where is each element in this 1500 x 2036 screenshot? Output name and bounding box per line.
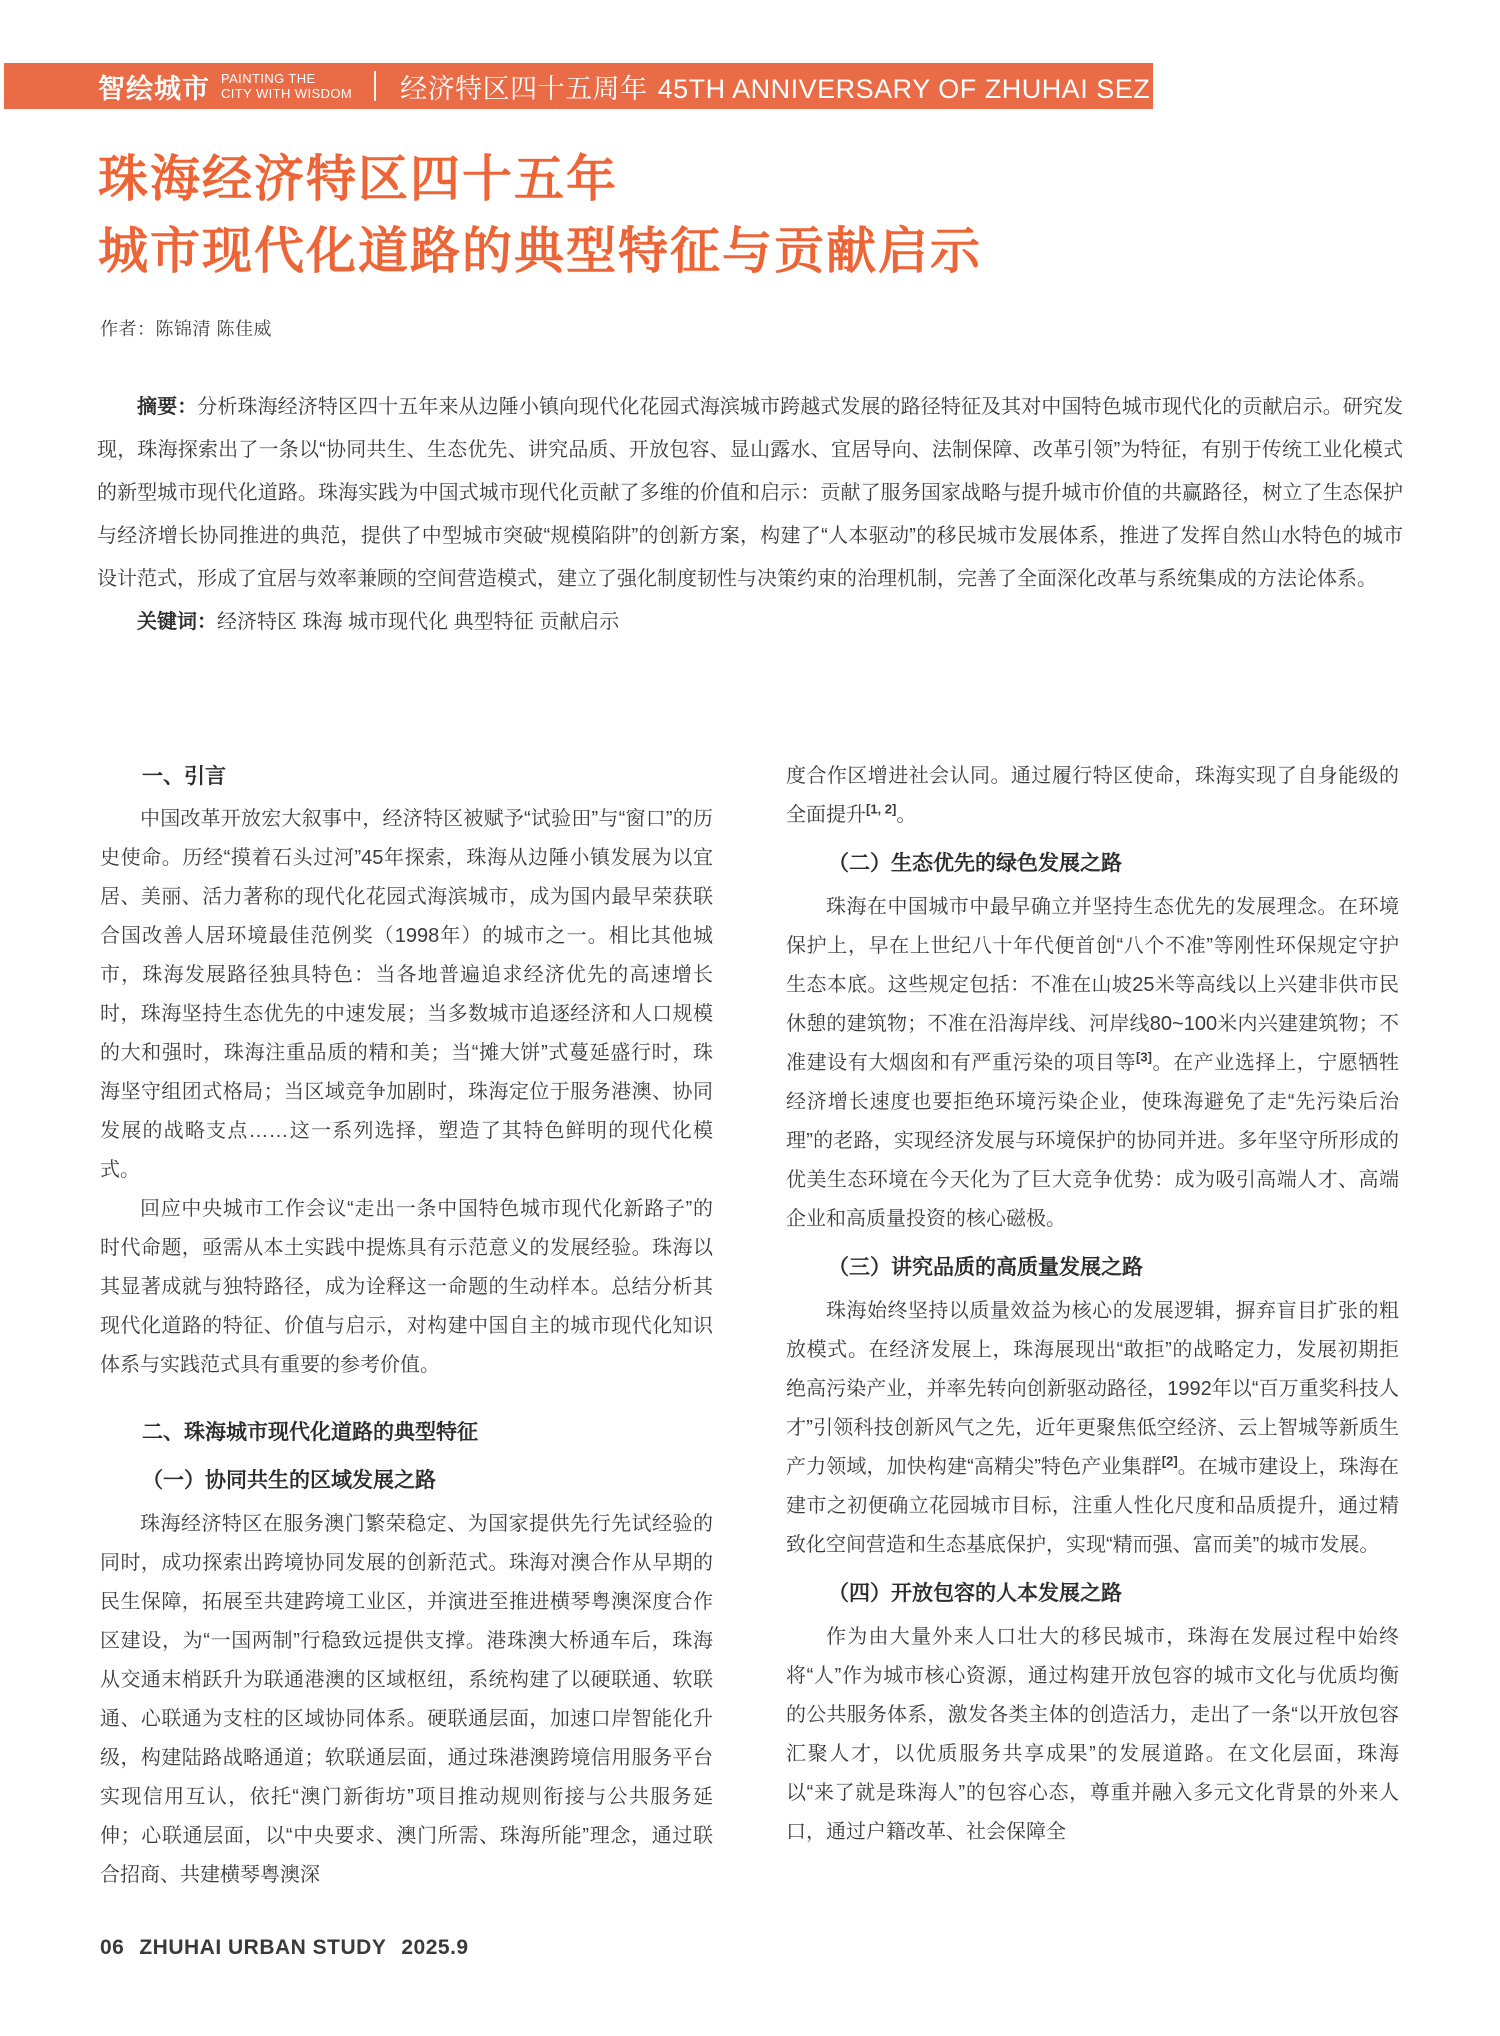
paragraph-sub1-continued: 度合作区增进社会认同。通过履行特区使命，珠海实现了自身能级的全面提升[1, 2]… — [786, 757, 1399, 835]
section-heading-intro: 一、引言 — [100, 757, 713, 796]
paragraph-intro-1: 中国改革开放宏大叙事中，经济特区被赋予“试验田”与“窗口”的历史使命。历经“摸着… — [100, 800, 713, 1190]
article-title-line2: 城市现代化道路的典型特征与贡献启示 — [98, 215, 982, 287]
author-line: 作者：陈锦清 陈佳威 — [100, 315, 272, 341]
anniversary-banner-en: 45TH ANNIVERSARY OF ZHUHAI SEZ — [658, 74, 1151, 104]
paragraph-intro-2: 回应中央城市工作会议“走出一条中国特色城市现代化新路子”的时代命题，亟需从本土实… — [100, 1190, 713, 1385]
anniversary-banner-cn: 经济特区四十五周年 — [400, 74, 648, 104]
right-column: 度合作区增进社会认同。通过履行特区使命，珠海实现了自身能级的全面提升[1, 2]… — [786, 757, 1399, 1895]
abstract-text: 分析珠海经济特区四十五年来从边陲小镇向现代化花园式海滨城市跨越式发展的路径特征及… — [97, 396, 1403, 590]
keywords-label: 关键词： — [137, 611, 217, 633]
brand-slogan-line1: PAINTING THE — [221, 71, 316, 86]
keywords-text: 经济特区 珠海 城市现代化 典型特征 贡献启示 — [217, 611, 619, 633]
body-columns: 一、引言 中国改革开放宏大叙事中，经济特区被赋予“试验田”与“窗口”的历史使命。… — [100, 757, 1400, 1895]
section-heading-features: 二、珠海城市现代化道路的典型特征 — [100, 1413, 713, 1452]
abstract-label: 摘要： — [137, 396, 197, 418]
header-bar: 智绘城市 PAINTING THE CITY WITH WISDOM 经济特区四… — [4, 63, 1153, 109]
footer-page-number: 06 — [100, 1936, 124, 1960]
journal-page: 智绘城市 PAINTING THE CITY WITH WISDOM 经济特区四… — [0, 0, 1500, 2036]
footer-journal-name: ZHUHAI URBAN STUDY — [139, 1936, 386, 1960]
abstract-paragraph: 摘要：分析珠海经济特区四十五年来从边陲小镇向现代化花园式海滨城市跨越式发展的路径… — [97, 386, 1403, 601]
abstract-block: 摘要：分析珠海经济特区四十五年来从边陲小镇向现代化花园式海滨城市跨越式发展的路径… — [97, 386, 1403, 644]
subsection-heading-3: （三）讲究品质的高质量发展之路 — [786, 1248, 1399, 1287]
subsection-heading-2: （二）生态优先的绿色发展之路 — [786, 844, 1399, 883]
brand-slogan-line2: CITY WITH WISDOM — [221, 86, 352, 101]
subsection-heading-1: （一）协同共生的区域发展之路 — [100, 1461, 713, 1500]
paragraph-sub3: 珠海始终坚持以质量效益为核心的发展逻辑，摒弃盲目扩张的粗放模式。在经济发展上，珠… — [786, 1292, 1399, 1565]
footer-issue: 2025.9 — [401, 1936, 468, 1960]
article-title-line1: 珠海经济特区四十五年 — [98, 143, 982, 215]
paragraph-sub2: 珠海在中国城市中最早确立并坚持生态优先的发展理念。在环境保护上，早在上世纪八十年… — [786, 888, 1399, 1239]
paragraph-sub1: 珠海经济特区在服务澳门繁荣稳定、为国家提供先行先试经验的同时，成功探索出跨境协同… — [100, 1505, 713, 1895]
keywords-line: 关键词：经济特区 珠海 城市现代化 典型特征 贡献启示 — [97, 601, 1403, 644]
article-title: 珠海经济特区四十五年 城市现代化道路的典型特征与贡献启示 — [98, 143, 982, 287]
header-divider — [374, 71, 376, 101]
subsection-heading-4: （四）开放包容的人本发展之路 — [786, 1574, 1399, 1613]
page-footer: 06 ZHUHAI URBAN STUDY 2025.9 — [100, 1936, 469, 1960]
left-column: 一、引言 中国改革开放宏大叙事中，经济特区被赋予“试验田”与“窗口”的历史使命。… — [100, 757, 713, 1895]
paragraph-sub4: 作为由大量外来人口壮大的移民城市，珠海在发展过程中始终将“人”作为城市核心资源，… — [786, 1618, 1399, 1852]
anniversary-banner: 经济特区四十五周年45TH ANNIVERSARY OF ZHUHAI SEZ — [400, 67, 1150, 106]
brand-slogan-en: PAINTING THE CITY WITH WISDOM — [221, 71, 352, 101]
brand-logo-cn: 智绘城市 — [98, 67, 210, 106]
